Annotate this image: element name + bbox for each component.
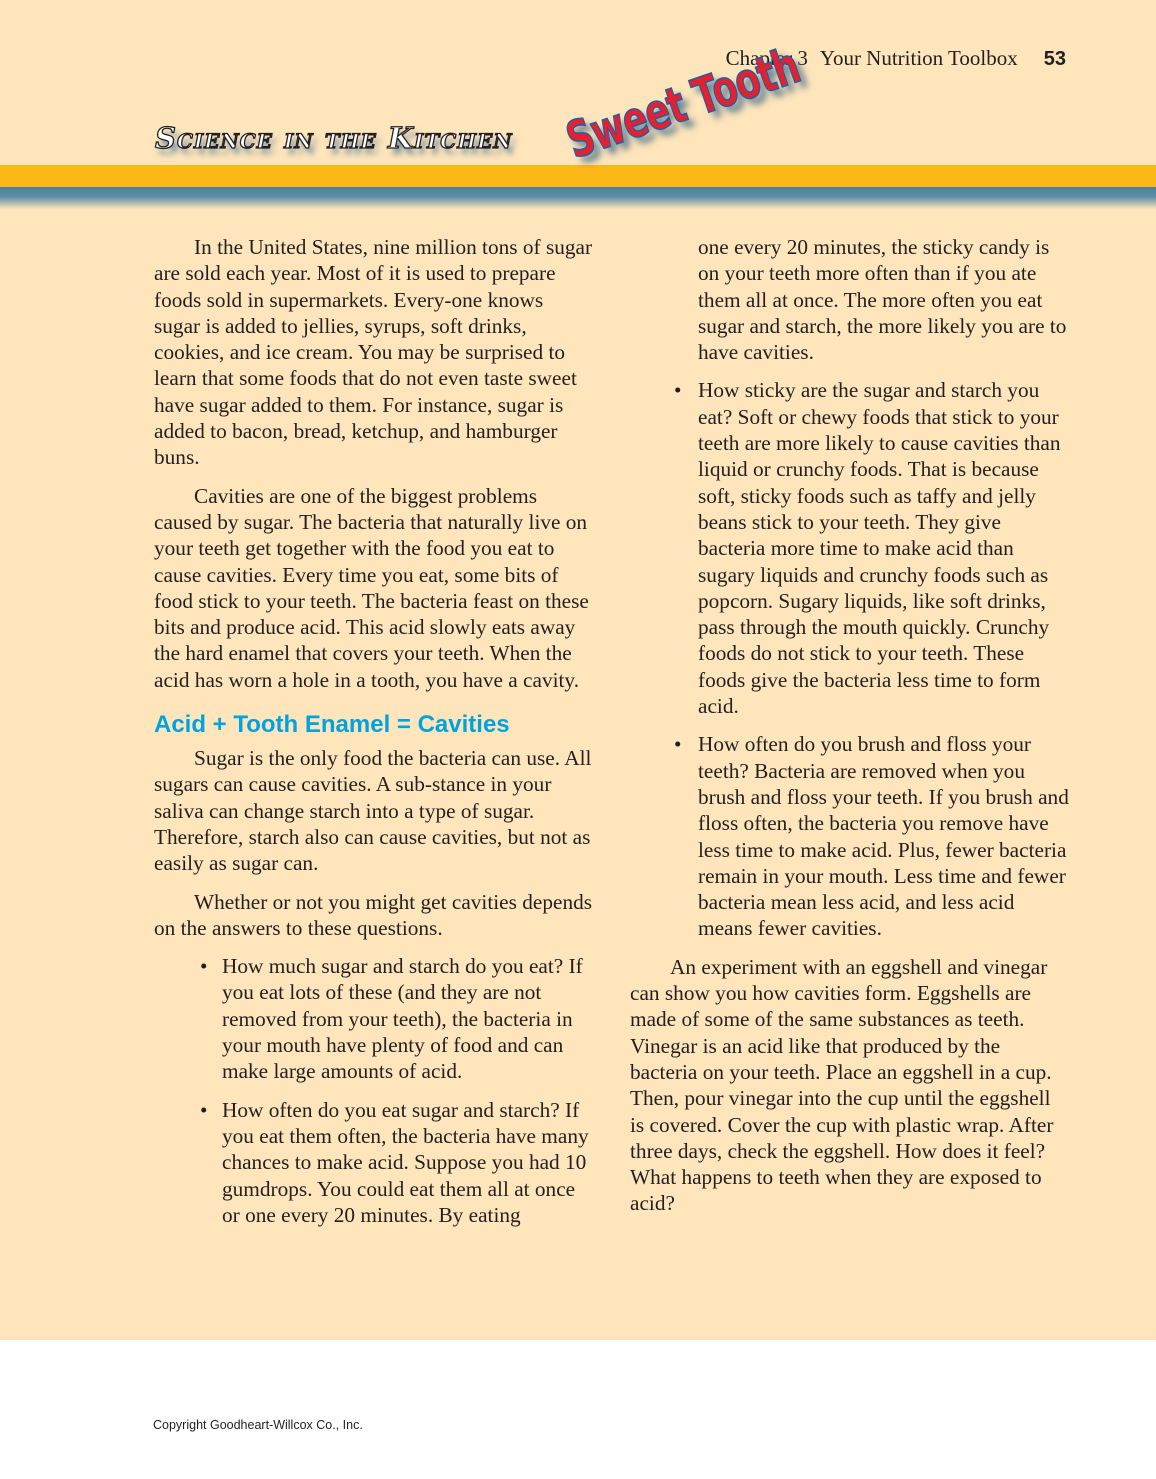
list-item-text: How often do you eat sugar and starch? I… [222, 1098, 589, 1227]
paragraph: An experiment with an eggshell and vineg… [630, 954, 1070, 1217]
chapter-title: Your Nutrition Toolbox [820, 46, 1018, 71]
paragraph: Sugar is the only food the bacteria can … [154, 745, 594, 876]
right-column: one every 20 minutes, the sticky candy i… [630, 234, 1070, 1229]
bullet-icon: • [200, 1097, 207, 1123]
list-item: • How often do you eat sugar and starch?… [154, 1097, 594, 1228]
question-list: • How much sugar and starch do you eat? … [154, 953, 594, 1228]
list-item: • How often do you brush and floss your … [630, 731, 1070, 941]
paragraph: Whether or not you might get cavities de… [154, 889, 594, 942]
question-list: • How sticky are the sugar and starch yo… [630, 377, 1070, 941]
list-item-continuation: one every 20 minutes, the sticky candy i… [630, 234, 1070, 365]
section-heading: Acid + Tooth Enamel = Cavities [154, 711, 594, 739]
paragraph: Cavities are one of the biggest problems… [154, 483, 594, 693]
list-item: • How sticky are the sugar and starch yo… [630, 377, 1070, 719]
bullet-icon: • [200, 953, 207, 979]
decorative-band-blue [0, 187, 1156, 209]
list-item-text: How much sugar and starch do you eat? If… [222, 954, 583, 1083]
list-item: • How much sugar and starch do you eat? … [154, 953, 594, 1084]
bullet-icon: • [674, 377, 681, 403]
bullet-icon: • [674, 731, 681, 757]
list-item-text: How often do you brush and floss your te… [698, 732, 1069, 940]
list-item-text: How sticky are the sugar and starch you … [698, 378, 1060, 718]
copyright-notice: Copyright Goodheart-Willcox Co., Inc. [153, 1418, 363, 1432]
left-column: In the United States, nine million tons … [154, 234, 594, 1240]
page-number: 53 [1044, 48, 1066, 71]
feature-series-title: Science in the Kitchen [155, 121, 513, 155]
paragraph: In the United States, nine million tons … [154, 234, 594, 471]
